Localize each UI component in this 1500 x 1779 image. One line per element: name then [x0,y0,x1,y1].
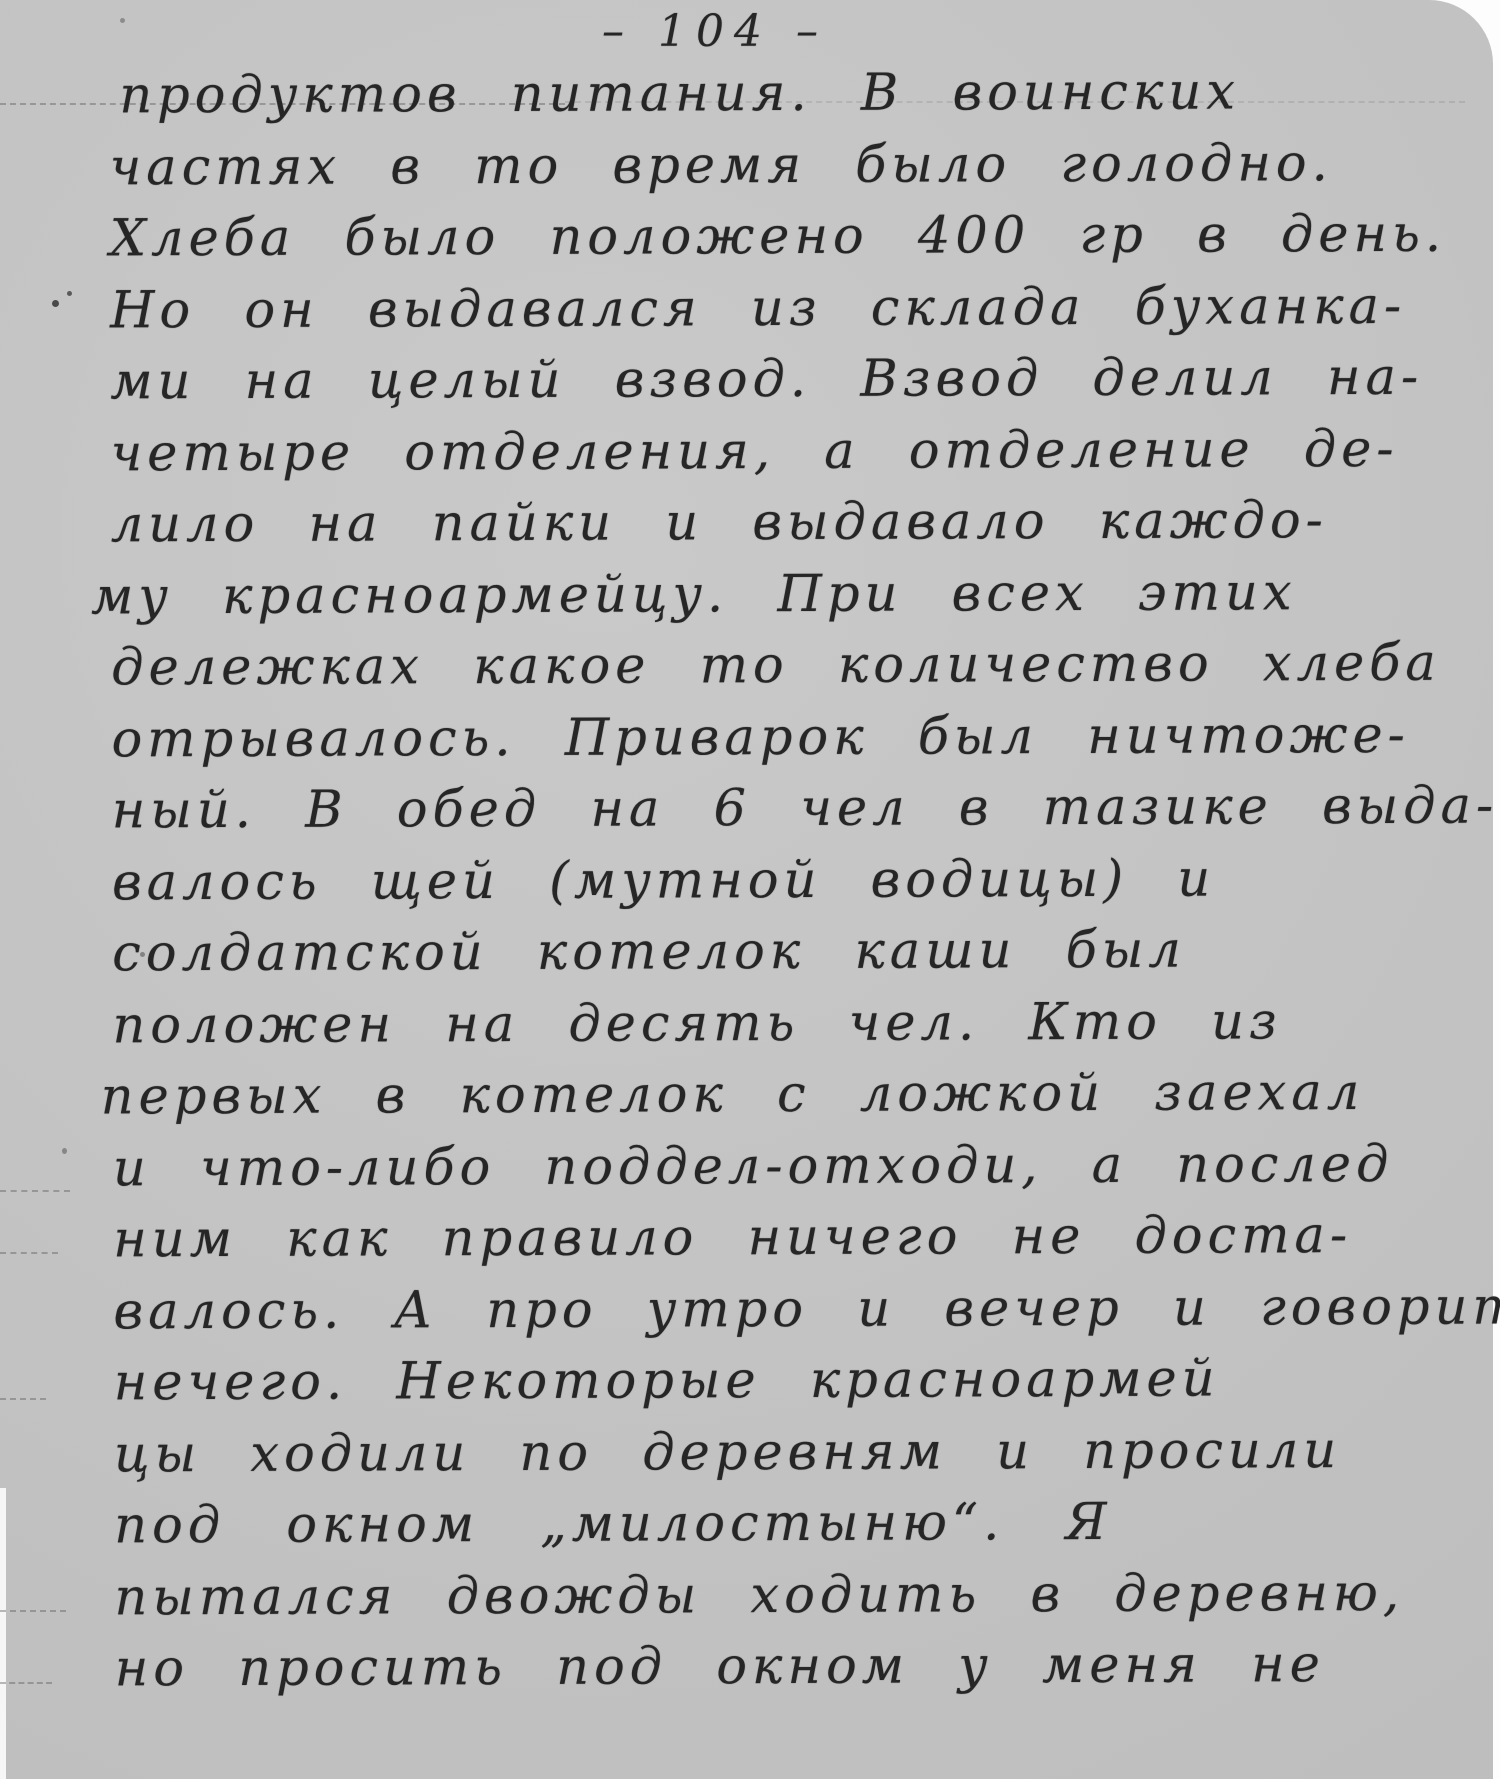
ruled-line-trace [0,1398,46,1400]
handwriting-text-block: продуктов питания. В воинскихчастях в то… [109,56,1495,1705]
handwriting-line: дележках какое то количество хлеба [111,628,1491,704]
handwriting-line: Хлеба было положено 400 гр в день. [110,199,1490,275]
handwriting-line: первых в котелок с ложкой заехал [101,1057,1493,1133]
scan-edge-strip [0,1488,6,1779]
handwriting-line: ним как правило ничего не доста- [113,1200,1493,1276]
handwriting-line: ный. В обед на 6 чел в тазике выда- [112,771,1492,847]
handwriting-line: положен на десять чел. Кто из [112,985,1492,1061]
page-number: – 104 – [0,6,1430,57]
handwriting-line: солдатской котелок каши был [112,914,1492,990]
ruled-line-trace [0,1190,70,1192]
scanned-page: – 104 – продуктов питания. В воинскихчас… [0,0,1500,1779]
handwriting-line: му красноармейцу. При всех этих [91,556,1491,632]
handwriting-line: валось. А про утро и вечер и говорить [113,1271,1493,1347]
handwriting-line: цы ходили по деревням и просили [114,1414,1494,1490]
ruled-line-trace [0,1682,52,1684]
handwriting-line: валось щей (мутной водицы) и [112,842,1492,918]
handwriting-line: ми на целый взвод. Взвод делил на- [110,342,1490,418]
handwriting-line: частях в то время было голодно. [109,127,1489,203]
handwriting-line: отрывалось. Приварок был ничтоже- [111,699,1491,775]
handwriting-line: продуктов питания. В воинских [109,56,1489,132]
handwriting-line: пытался двожды ходить в деревню, [114,1557,1494,1633]
handwriting-line: и что-либо поддел-отходи, а послед [113,1128,1493,1204]
handwriting-line: но просить под окном у меня не [115,1629,1495,1705]
handwriting-line: нечего. Некоторые красноармей [114,1343,1494,1419]
handwriting-line: под окном „милостыню“. Я [114,1486,1494,1562]
ruled-line-trace [0,1252,58,1254]
handwriting-line: лило на пайки и выдавало каждо- [111,485,1491,561]
ruled-line-trace [0,1610,66,1612]
handwriting-line: Но он выдавался из склада буханка- [110,270,1490,346]
ink-speck [62,1148,67,1154]
handwriting-line: четыре отделения, а отделение де- [110,413,1490,489]
ink-speck [52,300,59,307]
